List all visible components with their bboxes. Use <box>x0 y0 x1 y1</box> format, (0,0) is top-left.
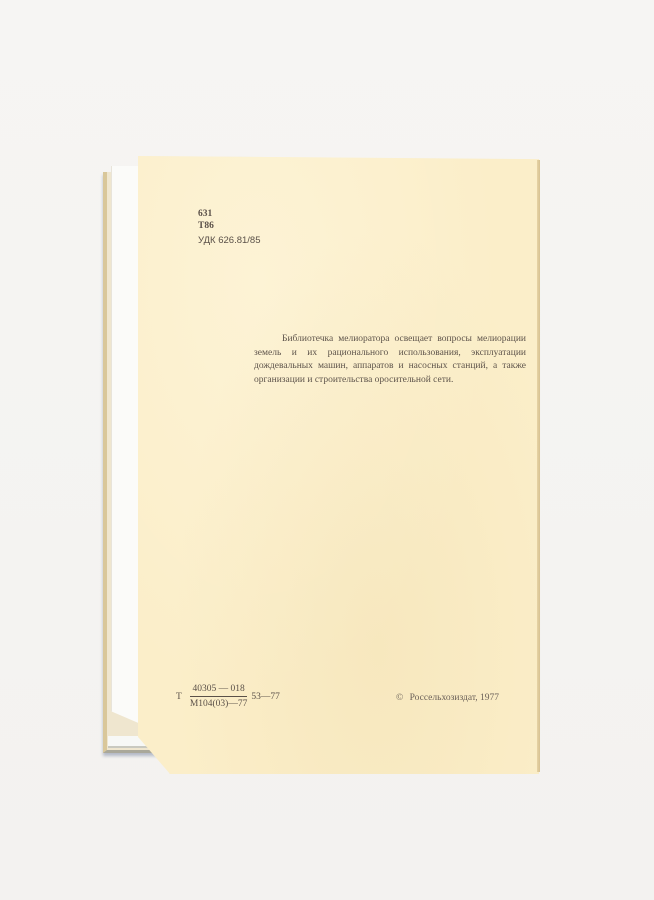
publisher-year: Россельхозиздат, 1977 <box>410 693 499 703</box>
cover-page <box>138 156 539 774</box>
udk-code: УДК 626.81/85 <box>198 235 260 246</box>
annotation-text: Библиотечка мелиоратора освещает вопросы… <box>254 333 526 387</box>
catalog-index: Т 40305 — 018 М104(03)—77 53—77 <box>176 684 280 710</box>
author-mark: Т86 <box>198 220 214 232</box>
library-classification: 631 Т86 <box>198 208 214 232</box>
catalog-letter: Т <box>176 692 182 702</box>
catalog-numerator: 40305 — 018 <box>190 684 246 697</box>
copyright-notice: © Россельхозиздат, 1977 <box>396 693 499 703</box>
copyright-icon: © <box>396 693 403 703</box>
catalog-suffix: 53—77 <box>251 692 280 702</box>
catalog-denominator: М104(03)—77 <box>190 697 248 710</box>
annotation-paragraph: Библиотечка мелиоратора освещает вопросы… <box>254 333 526 387</box>
catalog-fraction: 40305 — 018 М104(03)—77 <box>190 684 248 710</box>
cover-page-right-edge <box>537 160 540 772</box>
classification-code: 631 <box>198 208 214 220</box>
